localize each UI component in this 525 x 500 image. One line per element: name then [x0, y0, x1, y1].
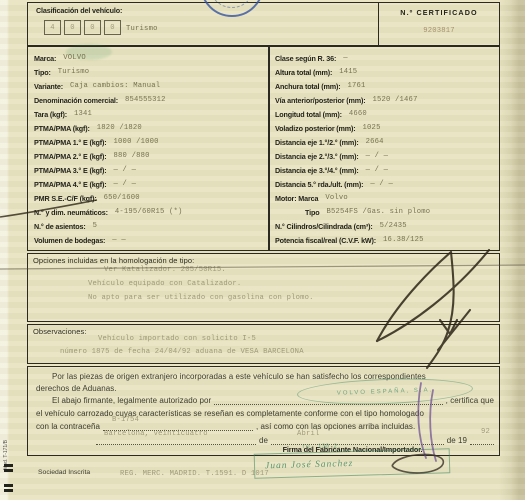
field-label: PMR S.E.-C/F (kgf): — [34, 194, 97, 203]
contrasena-text: con la contraceña — [36, 422, 100, 431]
field-label: Longitud total (mm): — [275, 110, 342, 119]
classification-label: Clasificación del vehículo: — [36, 6, 122, 15]
class-digit: 0 — [90, 24, 95, 32]
table-row: Distancia eje 3.°/4.° (mm):— / — — [275, 163, 497, 177]
field-label: PTMA/PMA 1.° E (kgf): — [34, 138, 107, 147]
field-value: — / — — [114, 180, 137, 188]
class-digit: 0 — [70, 24, 75, 32]
field-value: B5254FS /Gas. sin plomo — [326, 208, 430, 216]
field-label: Clase según R. 36: — [275, 54, 336, 63]
field-value: — / — — [370, 180, 393, 188]
registration-mark — [4, 484, 13, 487]
class-digit: 4 — [50, 24, 55, 32]
classification-value: Turismo — [126, 25, 158, 33]
field-label: PTMA/PMA 2.° E (kgf): — [34, 152, 107, 161]
table-row: PTMA/PMA (kgf):1820 /1820 — [34, 121, 264, 135]
table-row: Potencia fiscal/real (C.V.F. kW):16.38/1… — [275, 233, 497, 247]
field-value: 4660 — [349, 110, 367, 118]
registry-typed-text: REG. MERC. MADRID. T.1591. D 1017 — [120, 470, 269, 478]
field-label: Distancia 5.° rda./ult. (mm): — [275, 180, 363, 189]
field-label: Distancia eje 2.°/3.° (mm): — [275, 152, 359, 161]
options-included-text: , así como con las opciones arriba inclu… — [256, 422, 415, 431]
field-value: 854555312 — [125, 96, 166, 104]
table-row: Vía anterior/posterior (mm):1520 /1467 — [275, 93, 497, 107]
table-row: Motor: MarcaVolvo — [275, 191, 497, 205]
field-label: PTMA/PMA 4.° E (kgf): — [34, 180, 107, 189]
table-row: Clase según R. 36:— — [275, 51, 497, 65]
field-label: PTMA/PMA 3.° E (kgf): — [34, 166, 107, 175]
table-row: Denominación comercial:854555312 — [34, 93, 264, 107]
observations-box — [27, 324, 500, 364]
table-row: Distancia eje 1.°/2.° (mm):2664 — [275, 135, 497, 149]
observations-line-2: número 1875 de fecha 24/04/92 aduana de … — [60, 348, 304, 356]
table-row: N.° de asientos:5 — [34, 219, 264, 233]
typed-year: 92 — [481, 428, 490, 436]
declaration-line-4: el vehículo carrozado cuyas característi… — [36, 409, 494, 418]
options-line-1: Ver Katalizador. 205/50R15. — [104, 266, 226, 274]
field-label: N.° y dim. neumáticos: — [34, 208, 108, 217]
field-value: — — [343, 54, 348, 62]
field-label: Altura total (mm): — [275, 68, 332, 77]
field-label: Distancia eje 1.°/2.° (mm): — [275, 138, 359, 147]
field-value: 1341 — [74, 110, 92, 118]
field-value: — / — — [366, 166, 389, 174]
name-stamp: Juan José Sanchez — [254, 448, 451, 478]
field-label: Volumen de bodegas: — [34, 236, 105, 245]
field-label: Distancia eje 3.°/4.° (mm): — [275, 166, 359, 175]
table-row: PMR S.E.-C/F (kgf):650/1600 — [34, 191, 264, 205]
table-row: Altura total (mm):1415 — [275, 65, 497, 79]
declaration-date-line: de de 19 — [36, 436, 494, 445]
field-label: Variante: — [34, 82, 63, 91]
options-line-3: No apto para ser utilizado con gasolina … — [88, 294, 314, 302]
field-label: Voladizo posterior (mm): — [275, 124, 356, 133]
table-row: PTMA/PMA 4.° E (kgf):— / — — [34, 177, 264, 191]
authorized-by-text: El abajo firmante, legalmente autorizado… — [36, 396, 211, 405]
table-row: PTMA/PMA 1.° E (kgf):1000 /1000 — [34, 135, 264, 149]
de19-word: de 19 — [447, 436, 467, 445]
field-value: 1025 — [363, 124, 381, 132]
field-value: 2664 — [366, 138, 384, 146]
field-value: 4-195/60R15 (*) — [115, 208, 183, 216]
registration-mark — [4, 464, 13, 467]
field-label: Vía anterior/posterior (mm): — [275, 96, 365, 105]
table-row: PTMA/PMA 2.° E (kgf):880 /880 — [34, 149, 264, 163]
field-label: Potencia fiscal/real (C.V.F. kW): — [275, 236, 376, 245]
table-row: Volumen de bodegas:— — — [34, 233, 264, 247]
dotted-blank-day — [96, 437, 256, 445]
table-row: N.° Cilindros/Cilindrada (cm³):5/2435 — [275, 219, 497, 233]
field-label: Tipo — [305, 208, 319, 217]
field-value: 650/1600 — [104, 194, 140, 202]
certificate-label: N.º CERTIFICADO — [378, 8, 500, 17]
field-label: Tipo: — [34, 68, 51, 77]
observations-line-1: Vehículo importado con solicito I-5 — [98, 335, 256, 343]
field-value: 1415 — [339, 68, 357, 76]
registration-mark — [4, 469, 13, 472]
registration-mark — [4, 489, 13, 492]
table-row: TipoB5254FS /Gas. sin plomo — [275, 205, 497, 219]
field-label: Denominación comercial: — [34, 96, 118, 105]
field-label: Anchura total (mm): — [275, 82, 340, 91]
table-row: Variante:Caja cambios: Manual — [34, 79, 264, 93]
certifies-text: , certifica que — [446, 396, 494, 405]
table-row: Tipo:Turismo — [34, 65, 264, 79]
de-word: de — [259, 436, 268, 445]
spec-table-left-column: Marca:VOLVO Tipo:Turismo Variante:Caja c… — [34, 51, 264, 247]
table-row: N.° y dim. neumáticos:4-195/60R15 (*) — [34, 205, 264, 219]
table-row: Distancia eje 2.°/3.° (mm):— / — — [275, 149, 497, 163]
spec-table-right-column: Clase según R. 36:— Altura total (mm):14… — [275, 51, 497, 247]
field-value: 5/2435 — [380, 222, 407, 230]
field-value: Caja cambios: Manual — [70, 82, 160, 90]
field-label: Motor: Marca — [275, 194, 318, 203]
field-value: 1820 /1820 — [97, 124, 142, 132]
field-label: Marca: — [34, 54, 56, 63]
table-row: Distancia 5.° rda./ult. (mm):— / — — [275, 177, 497, 191]
field-value: — / — — [366, 152, 389, 160]
typed-contrasena: B-1754 — [112, 416, 139, 424]
field-label: N.° Cilindros/Cilindrada (cm³): — [275, 222, 373, 231]
sociedad-inscrita-label: Sociedad Inscrita — [38, 469, 90, 476]
field-value: Volvo — [325, 194, 348, 202]
classification-code-boxes: 4 0 0 0 — [44, 20, 124, 35]
table-row: Voladizo posterior (mm):1025 — [275, 121, 497, 135]
field-label: Tara (kgf): — [34, 110, 67, 119]
table-row: Tara (kgf):1341 — [34, 107, 264, 121]
stamp-address-fragment: ro, 130 2. — [302, 443, 341, 450]
options-line-2: Vehículo equipado con Catalizador. — [88, 280, 241, 288]
volvo-oval-stamp-text: VOLVO ESPAÑA, S.A. — [337, 387, 434, 396]
field-label: PTMA/PMA (kgf): — [34, 124, 90, 133]
field-value: 1520 /1467 — [372, 96, 417, 104]
table-row: Anchura total (mm):1761 — [275, 79, 497, 93]
field-value: Turismo — [58, 68, 90, 76]
table-row: Longitud total (mm):4660 — [275, 107, 497, 121]
field-value: — / — — [114, 166, 137, 174]
dotted-blank-year — [470, 437, 494, 445]
name-stamp-text: Juan José Sanchez — [265, 458, 353, 470]
dotted-blank-month — [271, 437, 444, 445]
field-label: N.° de asientos: — [34, 222, 86, 231]
table-column-divider — [268, 46, 270, 251]
field-value: VOLVO — [63, 54, 86, 62]
certificate-number: 9203817 — [378, 27, 500, 35]
field-value: 16.38/125 — [383, 236, 424, 244]
field-value: — — — [112, 236, 126, 244]
field-value: 880 /880 — [114, 152, 150, 160]
observations-title: Observaciones: — [33, 327, 87, 336]
field-value: 5 — [93, 222, 98, 230]
table-row: PTMA/PMA 3.° E (kgf):— / — — [34, 163, 264, 177]
class-digit: 0 — [110, 24, 115, 32]
field-value: 1000 /1000 — [114, 138, 159, 146]
field-value: 1761 — [347, 82, 365, 90]
table-row: Marca:VOLVO — [34, 51, 264, 65]
options-title: Opciones incluidas en la homologación de… — [33, 256, 194, 265]
scanned-certificate-document: Clasificación del vehículo: 4 0 0 0 Turi… — [0, 0, 525, 500]
